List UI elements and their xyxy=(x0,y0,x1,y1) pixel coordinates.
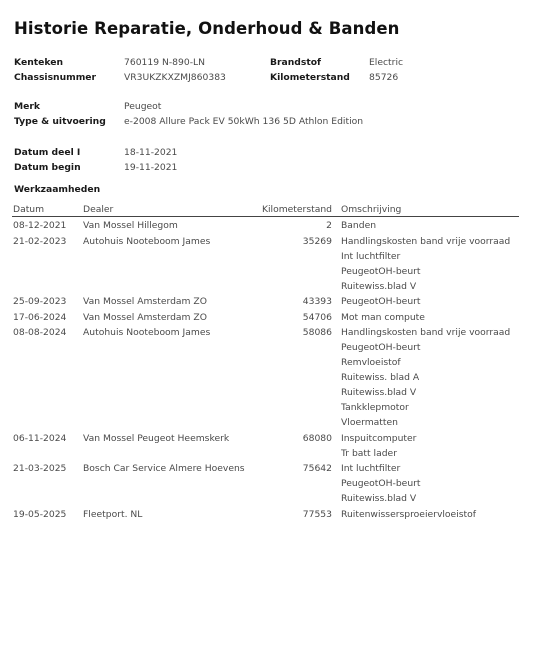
row-date: 08-08-2024 xyxy=(13,325,66,340)
omschrijving-item: Int luchtfilter xyxy=(341,461,519,476)
omschrijving-item: PeugeotOH-beurt xyxy=(341,476,519,491)
row-kilometerstand: 54706 xyxy=(303,310,332,325)
merk-value: Peugeot xyxy=(124,99,161,114)
type-label: Type & uitvoering xyxy=(14,114,106,129)
omschrijving-item: Ruitewiss.blad V xyxy=(341,385,519,400)
table-row: 19-05-2025Fleetport. NL77553Ruitenwisser… xyxy=(12,507,519,522)
row-kilometerstand: 43393 xyxy=(303,294,332,309)
kenteken-label: Kenteken xyxy=(14,55,63,70)
datum-deel1-label: Datum deel I xyxy=(14,145,80,160)
row-omschrijving: Int luchtfilterPeugeotOH-beurtRuitewiss.… xyxy=(341,461,519,506)
row-dealer: Van Mossel Hillegom xyxy=(83,218,178,233)
row-omschrijving: InspuitcomputerTr batt lader xyxy=(341,431,519,461)
omschrijving-item: Int luchtfilter xyxy=(341,249,519,264)
omschrijving-item: Ruitewiss. blad A xyxy=(341,370,519,385)
row-dealer: Autohuis Nooteboom James xyxy=(83,325,210,340)
row-kilometerstand: 2 xyxy=(326,218,332,233)
omschrijving-item: Remvloeistof xyxy=(341,355,519,370)
table-header: Datum Dealer Kilometerstand Omschrijving xyxy=(12,202,519,217)
row-kilometerstand: 35269 xyxy=(303,234,332,249)
row-omschrijving: PeugeotOH-beurt xyxy=(341,294,519,309)
row-omschrijving: Banden xyxy=(341,218,519,233)
row-dealer: Autohuis Nooteboom James xyxy=(83,234,210,249)
table-row: 21-02-2023Autohuis Nooteboom James35269H… xyxy=(12,234,519,294)
omschrijving-item: Ruitewiss.blad V xyxy=(341,491,519,506)
omschrijving-item: PeugeotOH-beurt xyxy=(341,340,519,355)
chassis-value: VR3UKZKXZMJ860383 xyxy=(124,70,226,85)
row-omschrijving: Mot man compute xyxy=(341,310,519,325)
page-title: Historie Reparatie, Onderhoud & Banden xyxy=(14,19,400,38)
chassis-label: Chassisnummer xyxy=(14,70,96,85)
omschrijving-item: Inspuitcomputer xyxy=(341,431,519,446)
row-kilometerstand: 77553 xyxy=(303,507,332,522)
column-header-dealer: Dealer xyxy=(83,202,113,217)
table-row: 06-11-2024Van Mossel Peugeot Heemskerk68… xyxy=(12,431,519,461)
omschrijving-item: Handlingskosten band vrije voorraad xyxy=(341,325,519,340)
column-header-kilometerstand: Kilometerstand xyxy=(262,202,332,217)
omschrijving-item: Banden xyxy=(341,218,519,233)
kenteken-value: 760119 N-890-LN xyxy=(124,55,205,70)
kilometerstand-value: 85726 xyxy=(369,70,398,85)
row-dealer: Bosch Car Service Almere Hoevens xyxy=(83,461,245,476)
omschrijving-item: PeugeotOH-beurt xyxy=(341,264,519,279)
row-date: 19-05-2025 xyxy=(13,507,66,522)
omschrijving-item: PeugeotOH-beurt xyxy=(341,294,519,309)
row-omschrijving: Handlingskosten band vrije voorraadInt l… xyxy=(341,234,519,294)
datum-deel1-value: 18-11-2021 xyxy=(124,145,177,160)
row-date: 17-06-2024 xyxy=(13,310,66,325)
row-kilometerstand: 75642 xyxy=(303,461,332,476)
omschrijving-item: Handlingskosten band vrije voorraad xyxy=(341,234,519,249)
werkzaamheden-heading: Werkzaamheden xyxy=(14,184,100,195)
table-row: 25-09-2023Van Mossel Amsterdam ZO43393Pe… xyxy=(12,294,519,309)
row-kilometerstand: 68080 xyxy=(303,431,332,446)
row-dealer: Van Mossel Amsterdam ZO xyxy=(83,294,207,309)
column-header-omschrijving: Omschrijving xyxy=(341,202,401,217)
row-kilometerstand: 58086 xyxy=(303,325,332,340)
row-date: 21-02-2023 xyxy=(13,234,66,249)
table-row: 17-06-2024Van Mossel Amsterdam ZO54706Mo… xyxy=(12,310,519,325)
row-date: 08-12-2021 xyxy=(13,218,66,233)
omschrijving-item: Vloermatten xyxy=(341,415,519,430)
omschrijving-item: Ruitewiss.blad V xyxy=(341,279,519,294)
row-date: 06-11-2024 xyxy=(13,431,66,446)
omschrijving-item: Ruitenwissersproeiervloeistof xyxy=(341,507,519,522)
table-row: 08-12-2021Van Mossel Hillegom2Banden xyxy=(12,218,519,233)
row-omschrijving: Handlingskosten band vrije voorraadPeuge… xyxy=(341,325,519,430)
datum-begin-label: Datum begin xyxy=(14,160,81,175)
merk-label: Merk xyxy=(14,99,40,114)
row-omschrijving: Ruitenwissersproeiervloeistof xyxy=(341,507,519,522)
table-body: 08-12-2021Van Mossel Hillegom2Banden21-0… xyxy=(12,217,519,522)
datum-begin-value: 19-11-2021 xyxy=(124,160,177,175)
table-row: 21-03-2025Bosch Car Service Almere Hoeve… xyxy=(12,461,519,506)
omschrijving-item: Tankklepmotor xyxy=(341,400,519,415)
row-dealer: Fleetport. NL xyxy=(83,507,142,522)
row-dealer: Van Mossel Peugeot Heemskerk xyxy=(83,431,229,446)
column-header-datum: Datum xyxy=(13,202,44,217)
work-table: Datum Dealer Kilometerstand Omschrijving… xyxy=(12,202,519,522)
row-date: 21-03-2025 xyxy=(13,461,66,476)
kilometerstand-label: Kilometerstand xyxy=(270,70,350,85)
brandstof-value: Electric xyxy=(369,55,403,70)
row-date: 25-09-2023 xyxy=(13,294,66,309)
row-dealer: Van Mossel Amsterdam ZO xyxy=(83,310,207,325)
table-row: 08-08-2024Autohuis Nooteboom James58086H… xyxy=(12,325,519,430)
type-value: e-2008 Allure Pack EV 50kWh 136 5D Athlo… xyxy=(124,114,363,129)
omschrijving-item: Mot man compute xyxy=(341,310,519,325)
brandstof-label: Brandstof xyxy=(270,55,321,70)
omschrijving-item: Tr batt lader xyxy=(341,446,519,461)
